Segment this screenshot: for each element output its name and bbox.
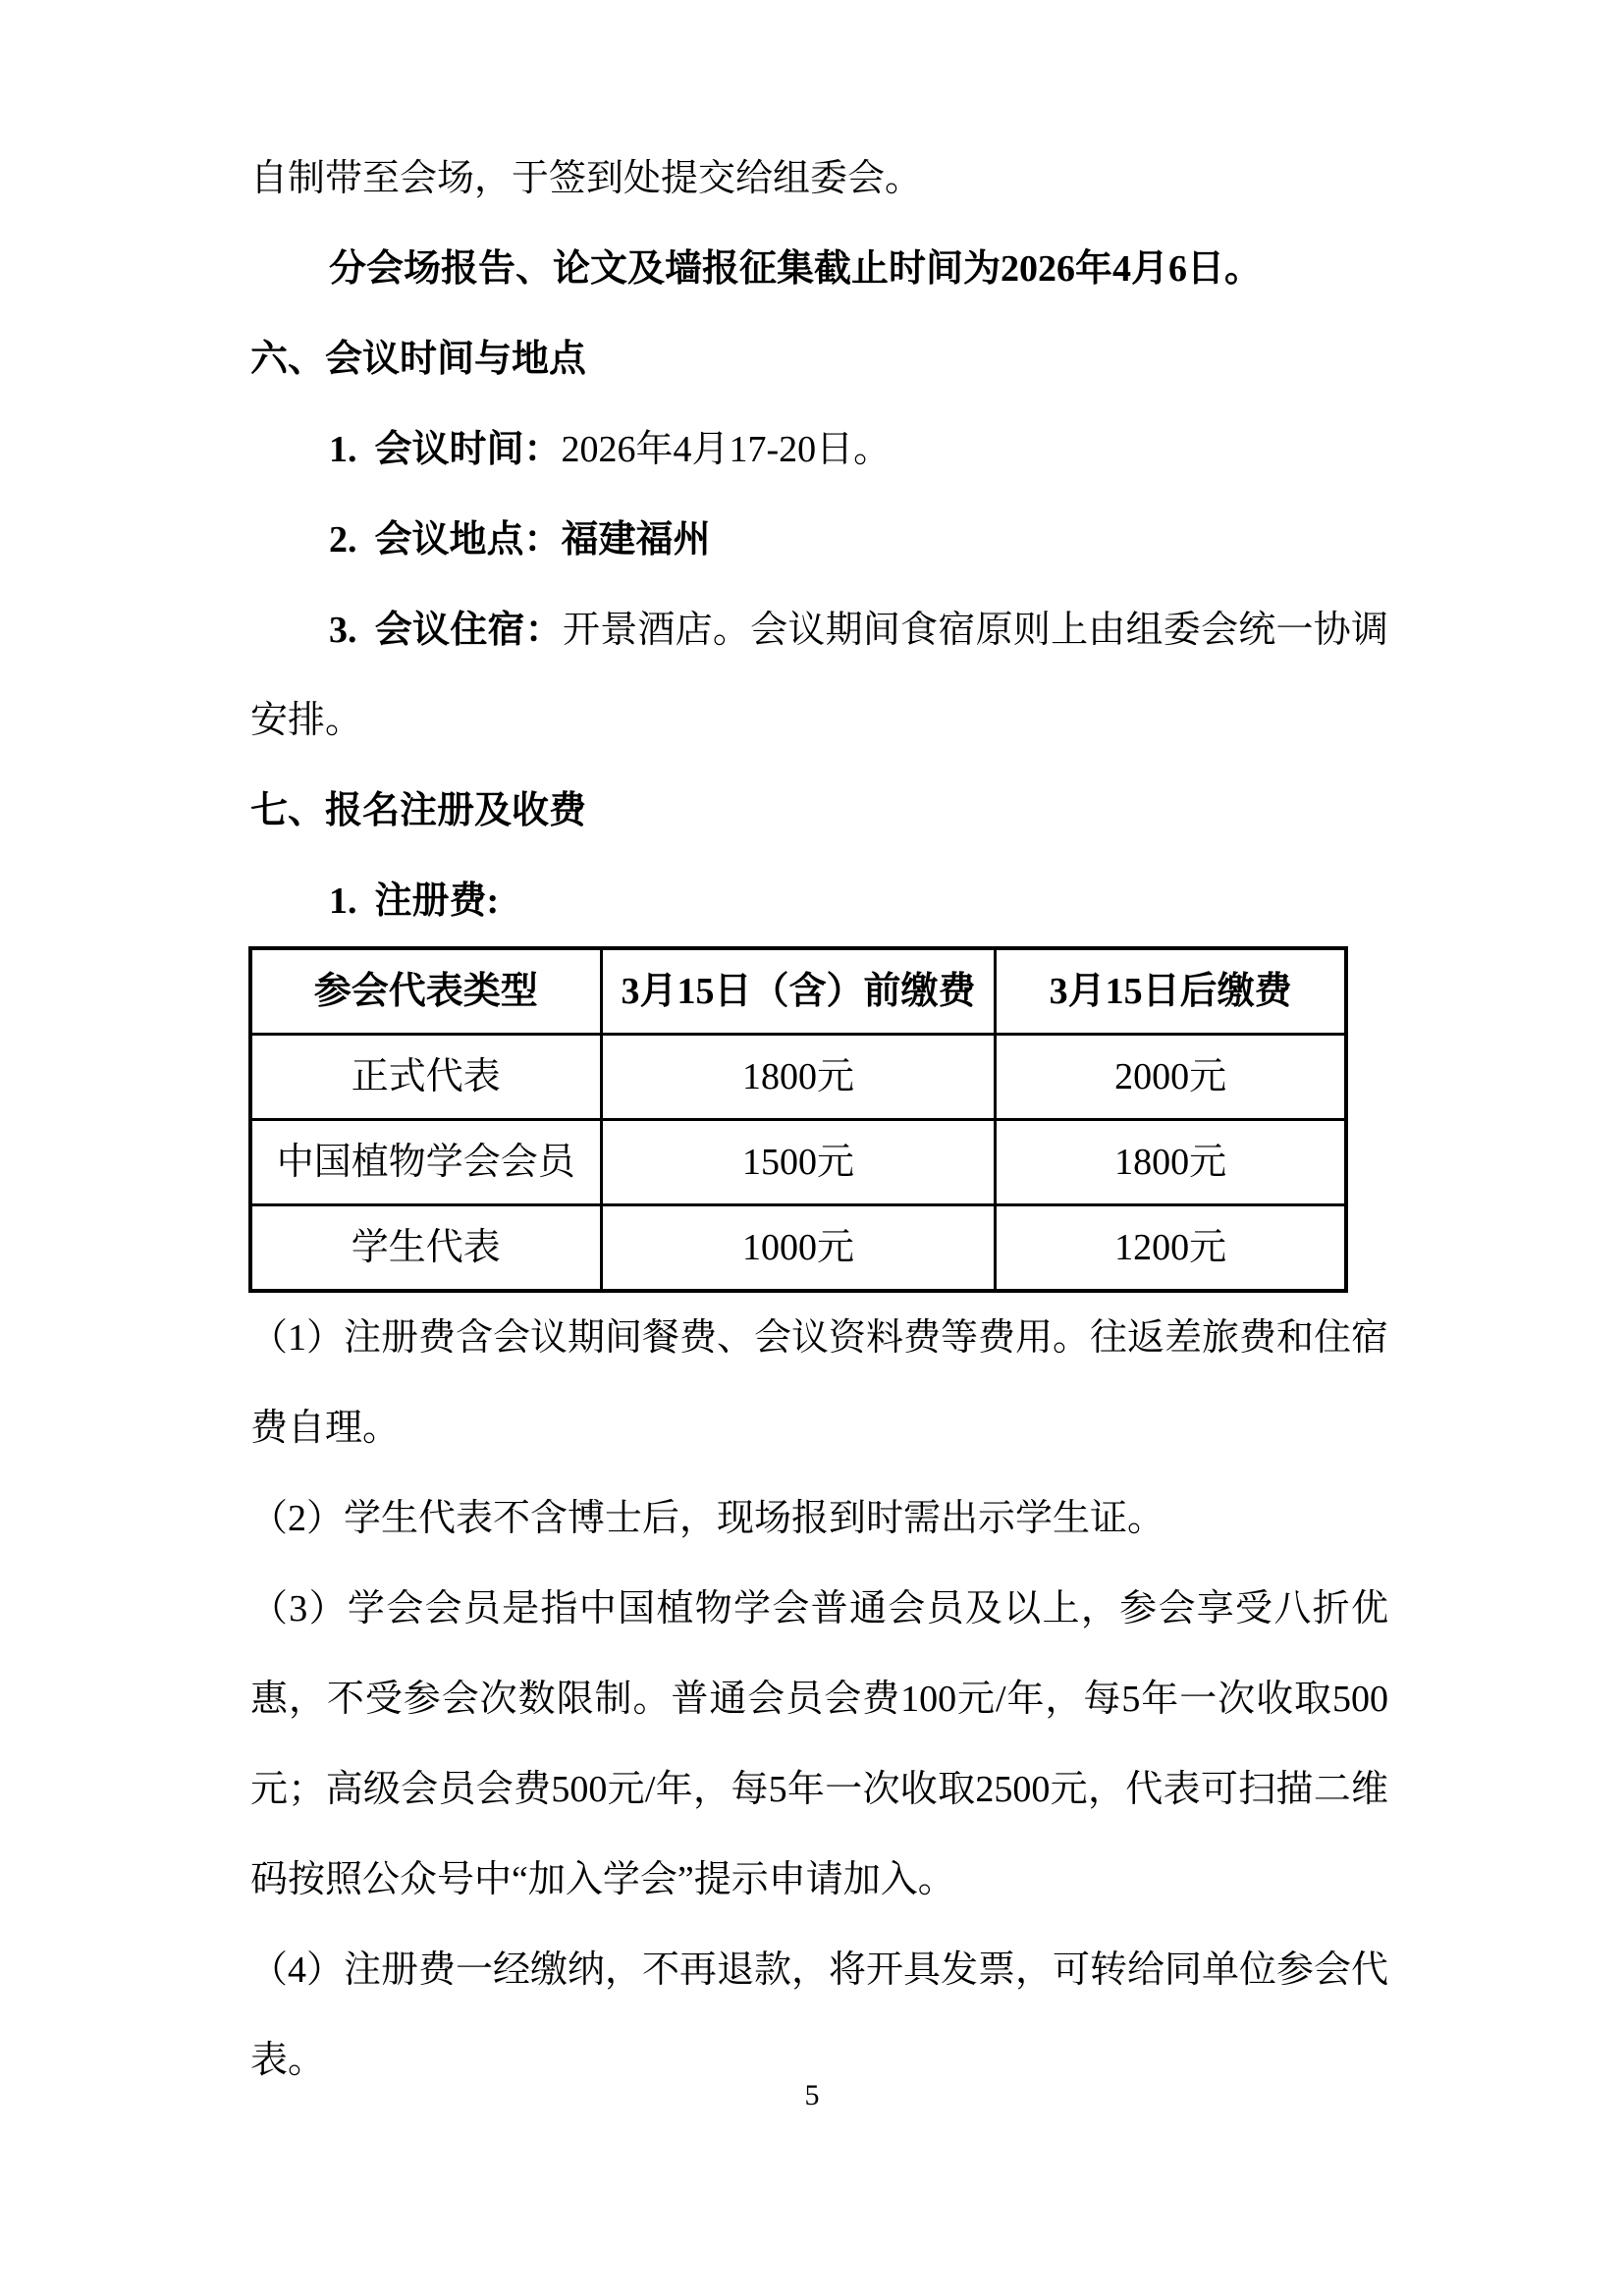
item-label: 会议地点：福建福州	[375, 519, 711, 561]
fee-table-cell: 中国植物学会会员	[250, 1120, 601, 1205]
section-7-subheading-registration-fee: 1.注册费:	[250, 856, 1388, 946]
registration-fee-table: 参会代表类型 3月15日（含）前缴费 3月15日后缴费 正式代表 1800元 2…	[248, 946, 1348, 1293]
item-text: 2026年4月17-20日。	[562, 429, 892, 470]
fee-table-cell: 1800元	[996, 1120, 1346, 1205]
fee-table-cell: 学生代表	[250, 1205, 601, 1292]
fee-table-cell: 正式代表	[250, 1035, 601, 1120]
page-number: 5	[0, 2076, 1624, 2115]
fee-table-header-row: 参会代表类型 3月15日（含）前缴费 3月15日后缴费	[250, 948, 1346, 1035]
fee-table-header-before-deadline: 3月15日（含）前缴费	[601, 948, 996, 1035]
paragraph-submission-deadline: 分会场报告、论文及墙报征集截止时间为2026年4月6日。	[250, 224, 1388, 314]
note-2: （2）学生代表不含博士后，现场报到时需出示学生证。	[250, 1473, 1388, 1564]
note-3: （3）学会会员是指中国植物学会普通会员及以上，参会享受八折优惠，不受参会次数限制…	[250, 1564, 1388, 1925]
item-number: 1.	[329, 429, 357, 470]
item-label: 会议时间：	[375, 429, 562, 470]
item-number: 1.	[329, 881, 357, 922]
item-label: 注册费:	[375, 881, 500, 922]
document-page: 自制带至会场，于签到处提交给组委会。 分会场报告、论文及墙报征集截止时间为202…	[0, 0, 1624, 2296]
section-6-item-location: 2.会议地点：福建福州	[250, 495, 1388, 585]
item-number: 2.	[329, 519, 357, 561]
section-6-item-accommodation: 3.会议住宿：开景酒店。会议期间食宿原则上由组委会统一协调安排。	[250, 585, 1388, 766]
section-6-item-time: 1.会议时间：2026年4月17-20日。	[250, 404, 1388, 495]
fee-table-header-after-deadline: 3月15日后缴费	[996, 948, 1346, 1035]
fee-table-cell: 1200元	[996, 1205, 1346, 1292]
section-7-heading: 七、报名注册及收费	[250, 766, 1388, 856]
table-row: 正式代表 1800元 2000元	[250, 1035, 1346, 1120]
fee-table-cell: 2000元	[996, 1035, 1346, 1120]
paragraph-intro: 自制带至会场，于签到处提交给组委会。	[250, 133, 1388, 224]
note-1: （1）注册费含会议期间餐费、会议资料费等费用。往返差旅费和住宿费自理。	[250, 1293, 1388, 1473]
item-label: 会议住宿：	[375, 610, 563, 651]
table-row: 中国植物学会会员 1500元 1800元	[250, 1120, 1346, 1205]
item-number: 3.	[329, 610, 357, 651]
fee-table-cell: 1500元	[601, 1120, 996, 1205]
fee-table-cell: 1800元	[601, 1035, 996, 1120]
section-6-heading: 六、会议时间与地点	[250, 314, 1388, 404]
table-row: 学生代表 1000元 1200元	[250, 1205, 1346, 1292]
fee-table-header-delegate-type: 参会代表类型	[250, 948, 601, 1035]
fee-table-cell: 1000元	[601, 1205, 996, 1292]
